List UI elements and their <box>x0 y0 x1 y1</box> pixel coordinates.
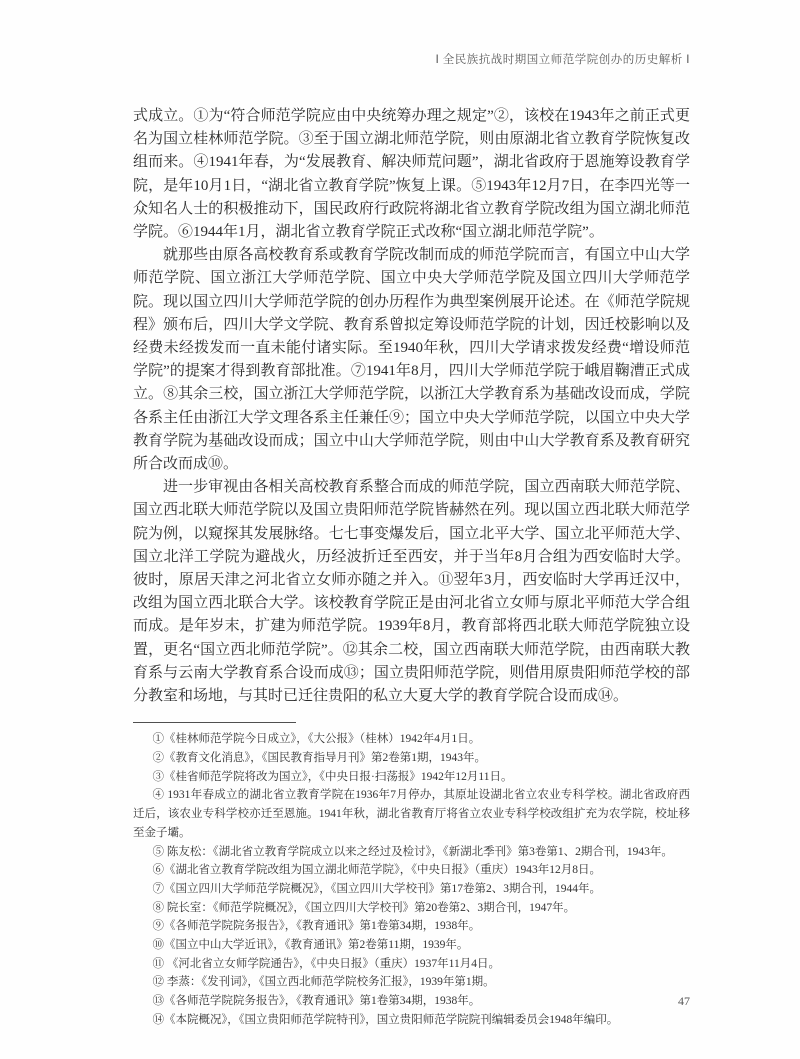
body-paragraph: 进一步审视由各相关高校教育系整合而成的师范学院，国立西南联大师范学院、国立西北联… <box>133 476 690 708</box>
page-number: 47 <box>678 994 690 1009</box>
document-page: Ⅰ 全民族抗战时期国立师范学院创办的历史解析 Ⅰ 式成立。①为“符合师范学院应由… <box>0 0 800 1059</box>
footnote-item: ⑫ 李蒸：《发刊词》，《国立西北师范学院校务汇报》，1939年第1期。 <box>133 973 690 992</box>
running-header: Ⅰ 全民族抗战时期国立师范学院创办的历史解析 Ⅰ <box>133 51 690 67</box>
footnote-item: ⑨《各师范学院院务报告》，《教育通讯》第1卷第34期，1938年。 <box>133 917 690 936</box>
footnote-item: ⑪ 《河北省立女师学院通告》，《中央日报》（重庆）1937年11月4日。 <box>133 955 690 974</box>
footnote-item: ⑩《国立中山大学近讯》，《教育通讯》第2卷第11期，1939年。 <box>133 936 690 955</box>
body-paragraph: 就那些由原各高校教育系或教育学院改制而成的师范学院而言，有国立中山大学师范学院、… <box>133 244 690 476</box>
running-header-text: Ⅰ 全民族抗战时期国立师范学院创办的历史解析 Ⅰ <box>435 54 690 66</box>
footnote-item: ③《桂省师范学院将改为国立》，《中央日报·扫荡报》1942年12月11日。 <box>133 768 690 787</box>
body-text: 式成立。①为“符合师范学院应由中央统筹办理之规定”②，该校在1943年之前正式更… <box>133 105 690 708</box>
footnote-item: ⑦《国立四川大学师范学院概况》，《国立四川大学校刊》第17卷第2、3期合刊，19… <box>133 880 690 899</box>
footnote-item: ⑭《本院概况》，《国立贵阳师范学院特刊》，国立贵阳师范学院院刊编辑委员会1948… <box>133 1011 690 1030</box>
footnote-item: ⑧ 院长室：《师范学院概况》，《国立四川大学校刊》第20卷第2、3期合刊，194… <box>133 899 690 918</box>
footnote-item: ①《桂林师范学院今日成立》，《大公报》（桂林）1942年4月1日。 <box>133 730 690 749</box>
body-paragraph: 式成立。①为“符合师范学院应由中央统筹办理之规定”②，该校在1943年之前正式更… <box>133 105 690 244</box>
footnote-item: ②《教育文化消息》，《国民教育指导月刊》第2卷第1期，1943年。 <box>133 749 690 768</box>
footnote-separator <box>133 722 296 723</box>
footnote-item: ④ 1931年春成立的湖北省立教育学院在1936年7月停办，其原址设湖北省立农业… <box>133 786 690 842</box>
footnotes: ①《桂林师范学院今日成立》，《大公报》（桂林）1942年4月1日。②《教育文化消… <box>133 730 690 1029</box>
footnote-item: ⑤ 陈友松：《湖北省立教育学院成立以来之经过及检讨》，《新湖北季刊》第3卷第1、… <box>133 843 690 862</box>
text-column: Ⅰ 全民族抗战时期国立师范学院创办的历史解析 Ⅰ 式成立。①为“符合师范学院应由… <box>133 0 690 1030</box>
footnote-item: ⑬《各师范学院院务报告》，《教育通讯》第1卷第34期，1938年。 <box>133 992 690 1011</box>
footnote-item: ⑥《湖北省立教育学院改组为国立湖北师范学院》，《中央日报》（重庆）1943年12… <box>133 861 690 880</box>
